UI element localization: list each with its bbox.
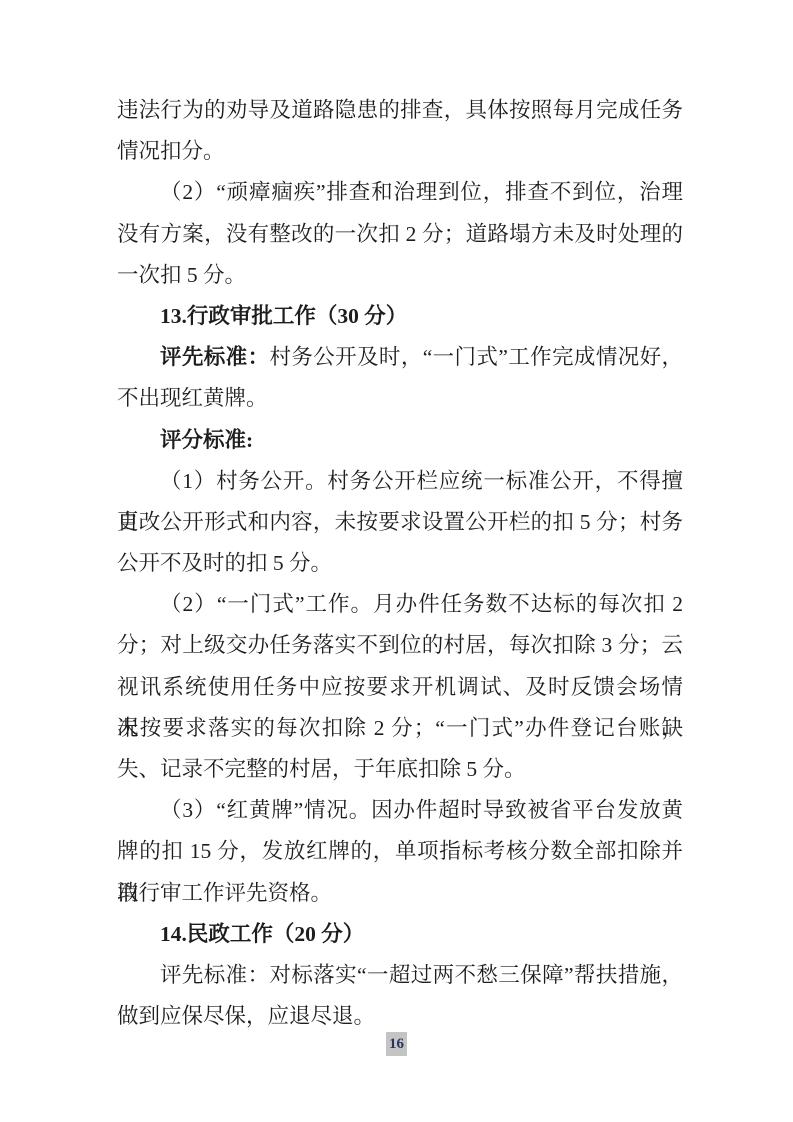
text-line: 失、记录不完整的村居，于年底扣除 5 分。 [117, 749, 683, 790]
text-line: 14.民政工作（20 分） [117, 914, 683, 955]
text-run: 一次扣 5 分。 [117, 263, 246, 287]
para-scoring-item-1: （1）村务公开。村务公开栏应统一标准公开，不得擅自更改公开形式和内容，未按要求设… [117, 461, 683, 585]
text-run: 村务公开及时，“一门式”工作完成情况好， [269, 345, 683, 369]
text-run: 更改公开形式和内容，未按要求设置公开栏的扣 5 分；村务 [117, 510, 683, 534]
text-run: （3）“红黄牌”情况。因办件超时导致被省平台发放黄 [117, 798, 683, 822]
text-line: 情况扣分。 [117, 131, 683, 172]
page-footer: 16 [0, 1032, 793, 1056]
text-line: 一次扣 5 分。 [117, 255, 683, 296]
text-line: 评先标准：村务公开及时，“一门式”工作完成情况好， [117, 337, 683, 378]
document-page: 违法行为的劝导及道路隐患的排查，具体按照每月完成任务情况扣分。（2）“顽瘴痼疾”… [0, 0, 793, 1122]
text-line: 更改公开形式和内容，未按要求设置公开栏的扣 5 分；村务 [117, 502, 683, 543]
bold-label: 评先标准： [117, 345, 269, 369]
text-line: （1）村务公开。村务公开栏应统一标准公开，不得擅自 [117, 461, 683, 502]
text-run: （2）“顽瘴痼疾”排查和治理到位，排查不到位，治理 [117, 180, 683, 204]
text-line: （2）“一门式”工作。月办件任务数不达标的每次扣 2 [117, 584, 683, 625]
text-line: 13.行政审批工作（30 分） [117, 296, 683, 337]
text-run: 情况扣分。 [117, 139, 225, 163]
heading-section-13: 13.行政审批工作（30 分） [117, 296, 683, 337]
text-line: （2）“顽瘴痼疾”排查和治理到位，排查不到位，治理 [117, 172, 683, 213]
para-road-safety-continuation: 违法行为的劝导及道路隐患的排查，具体按照每月完成任务情况扣分。 [117, 90, 683, 172]
text-line: 未按要求落实的每次扣除 2 分；“一门式”办件登记台账缺 [117, 708, 683, 749]
page-number: 16 [386, 1032, 407, 1056]
heading-scoring-criteria: 评分标准: [117, 420, 683, 461]
bold-label: 13.行政审批工作（30 分） [117, 304, 407, 328]
text-line: 评先标准：对标落实“一超过两不愁三保障”帮扶措施， [117, 955, 683, 996]
bold-label: 评分标准: [117, 428, 253, 452]
text-run: 分；对上级交办任务落实不到位的村居，每次扣除 3 分；云 [117, 633, 683, 657]
text-run: 违法行为的劝导及道路隐患的排查，具体按照每月完成任务 [117, 98, 683, 122]
text-run: 不出现红黄牌。 [117, 386, 268, 410]
para-item-2-deduction: （2）“顽瘴痼疾”排查和治理到位，排查不到位，治理没有方案，没有整改的一次扣 2… [117, 172, 683, 296]
para-section-13-award-criteria: 评先标准：村务公开及时，“一门式”工作完成情况好，不出现红黄牌。 [117, 337, 683, 419]
text-line: 违法行为的劝导及道路隐患的排查，具体按照每月完成任务 [117, 90, 683, 131]
text-run: 未按要求落实的每次扣除 2 分；“一门式”办件登记台账缺 [117, 716, 683, 740]
text-line: 分；对上级交办任务落实不到位的村居，每次扣除 3 分；云 [117, 625, 683, 666]
text-line: 不出现红黄牌。 [117, 378, 683, 419]
text-run: 公开不及时的扣 5 分。 [117, 551, 332, 575]
text-line: 牌的扣 15 分，发放红牌的，单项指标考核分数全部扣除并取 [117, 831, 683, 872]
text-line: （3）“红黄牌”情况。因办件超时导致被省平台发放黄 [117, 790, 683, 831]
text-run: 评先标准： [117, 963, 269, 987]
text-line: 公开不及时的扣 5 分。 [117, 543, 683, 584]
document-content: 违法行为的劝导及道路隐患的排查，具体按照每月完成任务情况扣分。（2）“顽瘴痼疾”… [117, 90, 683, 1037]
para-section-14-award-criteria: 评先标准：对标落实“一超过两不愁三保障”帮扶措施，做到应保尽保，应退尽退。 [117, 955, 683, 1037]
para-scoring-item-2: （2）“一门式”工作。月办件任务数不达标的每次扣 2分；对上级交办任务落实不到位… [117, 584, 683, 790]
para-scoring-item-3: （3）“红黄牌”情况。因办件超时导致被省平台发放黄牌的扣 15 分，发放红牌的，… [117, 790, 683, 914]
text-run: 对标落实“一超过两不愁三保障”帮扶措施， [269, 963, 683, 987]
bold-label: 14.民政工作（20 分） [117, 922, 364, 946]
text-line: 视讯系统使用任务中应按要求开机调试、及时反馈会场情况， [117, 667, 683, 708]
text-run: 失、记录不完整的村居，于年底扣除 5 分。 [117, 757, 526, 781]
text-run: 没有方案，没有整改的一次扣 2 分；道路塌方未及时处理的 [117, 222, 683, 246]
text-line: 评分标准: [117, 420, 683, 461]
text-run: （2）“一门式”工作。月办件任务数不达标的每次扣 2 [117, 592, 683, 616]
text-line: 消行审工作评先资格。 [117, 873, 683, 914]
text-line: 没有方案，没有整改的一次扣 2 分；道路塌方未及时处理的 [117, 214, 683, 255]
text-run: 消行审工作评先资格。 [117, 881, 332, 905]
heading-section-14: 14.民政工作（20 分） [117, 914, 683, 955]
text-run: 做到应保尽保，应退尽退。 [117, 1004, 375, 1028]
